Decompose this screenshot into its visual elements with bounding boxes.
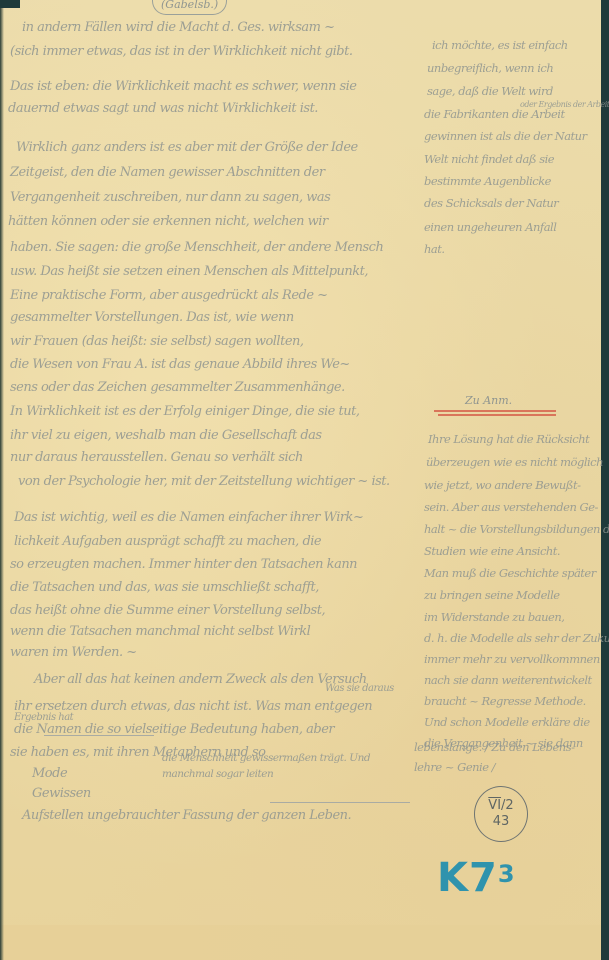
red-underline xyxy=(438,414,556,416)
text-line: sein. Aber aus verstehenden Ge- xyxy=(424,500,598,514)
text-line: Und schon Modelle erkläre die xyxy=(424,715,590,729)
marginal-insert: Ergebnis hat xyxy=(14,712,73,723)
text-line: Mode xyxy=(32,766,67,781)
text-line: von der Psychologie her, mit der Zeitste… xyxy=(18,474,390,489)
text-line: sens oder das Zeichen gesammelter Zusamm… xyxy=(10,380,345,395)
text-line: Aber all das hat keinen andern Zweck als… xyxy=(34,672,367,687)
text-line: lebenslange. / Zu den Lebens- xyxy=(414,740,575,754)
text-line: im Widerstande zu bauen, xyxy=(424,610,564,624)
text-line: Vergangenheit zuschreiben, nur dann zu s… xyxy=(10,190,330,205)
underline xyxy=(44,735,154,736)
red-underline xyxy=(434,410,556,412)
signature-mark: K73 xyxy=(437,858,516,898)
text-line: ihr viel zu eigen, weshalb man die Gesel… xyxy=(10,428,322,443)
text-line: bestimmte Augenblicke xyxy=(424,174,551,188)
manuscript-page: (Gabelsb.) in andern Fällen wird die Mac… xyxy=(0,0,609,960)
stamp-line-1: VI/2 xyxy=(488,798,513,814)
text-line: die Tatsachen und das, was sie umschließ… xyxy=(10,580,319,595)
text-line: haben. Sie sagen: die große Menschheit, … xyxy=(10,240,383,255)
text-line: die Wesen von Frau A. ist das genaue Abb… xyxy=(10,357,350,372)
text-line: usw. Das heißt sie setzen einen Menschen… xyxy=(10,264,368,279)
text-line: ich möchte, es ist einfach xyxy=(432,38,568,52)
text-line: wir Frauen (das heißt: sie selbst) sagen… xyxy=(10,334,304,349)
text-line: Man muß die Geschichte später xyxy=(424,566,596,580)
text-line: des Schicksals der Natur xyxy=(424,196,558,210)
text-line: waren im Werden. ~ xyxy=(10,645,137,660)
interlinear-insert: oder Ergebnis der Arbeit xyxy=(520,100,609,109)
text-line: Studien wie eine Ansicht. xyxy=(424,544,560,558)
text-line: Das ist eben: die Wirklichkeit macht es … xyxy=(10,79,357,94)
left-scan-edge xyxy=(0,0,4,960)
text-line: gewinnen ist als die der Natur xyxy=(424,129,587,143)
text-line: Ihre Lösung hat die Rücksicht xyxy=(428,432,589,446)
stamp-line-2: 43 xyxy=(493,814,510,830)
text-line: zu bringen seine Modelle xyxy=(424,588,560,602)
text-line: gesammelter Vorstellungen. Das ist, wie … xyxy=(10,310,294,325)
marginal-insert: Was sie daraus xyxy=(325,683,394,694)
text-line: sage, daß die Welt wird xyxy=(427,84,553,98)
corner-scan-edge xyxy=(0,0,20,8)
text-line: wenn die Tatsachen manchmal nicht selbst… xyxy=(10,624,310,639)
text-line: einen ungeheuren Anfall xyxy=(424,220,556,234)
text-line: unbegreiflich, wenn ich xyxy=(427,61,553,75)
text-line: (sich immer etwas, das ist in der Wirkli… xyxy=(10,44,353,59)
text-line: wie jetzt, wo andere Bewußt- xyxy=(424,478,580,492)
text-line: Eine praktische Form, aber ausgedrückt a… xyxy=(10,288,328,303)
note-heading: Zu Anm. xyxy=(465,394,512,407)
right-scan-edge xyxy=(601,0,609,960)
text-line: Gewissen xyxy=(32,786,91,801)
closing-rule xyxy=(270,802,410,803)
text-line: Das ist wichtig, weil es die Namen einfa… xyxy=(14,510,363,525)
text-line: hat. xyxy=(424,242,445,256)
text-line: dauernd etwas sagt und was nicht Wirklic… xyxy=(8,101,318,116)
text-line: lehre ~ Genie / xyxy=(414,760,495,774)
text-line: so erzeugten machen. Immer hinter den Ta… xyxy=(10,557,357,572)
text-line: braucht ~ Regresse Methode. xyxy=(424,694,586,708)
paper-fold-band xyxy=(0,925,609,960)
text-line: Zeitgeist, den die Namen gewisser Abschn… xyxy=(10,165,325,180)
text-line: in andern Fällen wird die Macht d. Ges. … xyxy=(22,20,335,35)
interlinear-note: manchmal sogar leiten xyxy=(162,768,273,780)
text-line: immer mehr zu vervollkommnen xyxy=(424,652,600,666)
top-caption: (Gabelsb.) xyxy=(152,0,227,15)
text-line: überzeugen wie es nicht möglich xyxy=(426,455,603,469)
text-line: halt ~ die Vorstellungsbildungen der xyxy=(424,522,609,536)
archive-stamp: VI/2 43 xyxy=(474,786,528,842)
text-line: d. h. die Modelle als sehr der Zukunft xyxy=(424,631,609,645)
text-line: die Fabrikanten die Arbeit xyxy=(424,107,565,121)
interlinear-note: die Menschheit gewissermaßen trägt. Und xyxy=(162,752,370,764)
text-line: das heißt ohne die Summe einer Vorstellu… xyxy=(10,603,325,618)
text-line: Wirklich ganz anders ist es aber mit der… xyxy=(16,140,358,155)
text-line: hätten können oder sie erkennen nicht, w… xyxy=(8,214,328,229)
text-line: nach sie dann weiterentwickelt xyxy=(424,673,592,687)
text-line: Aufstellen ungebrauchter Fassung der gan… xyxy=(22,808,351,823)
text-line: nur daraus herausstellen. Genau so verhä… xyxy=(10,450,303,465)
text-line: lichkeit Aufgaben ausprägt schafft zu ma… xyxy=(14,534,321,549)
text-line: In Wirklichkeit ist es der Erfolg einige… xyxy=(10,404,359,419)
text-line: Welt nicht findet daß sie xyxy=(424,152,554,166)
